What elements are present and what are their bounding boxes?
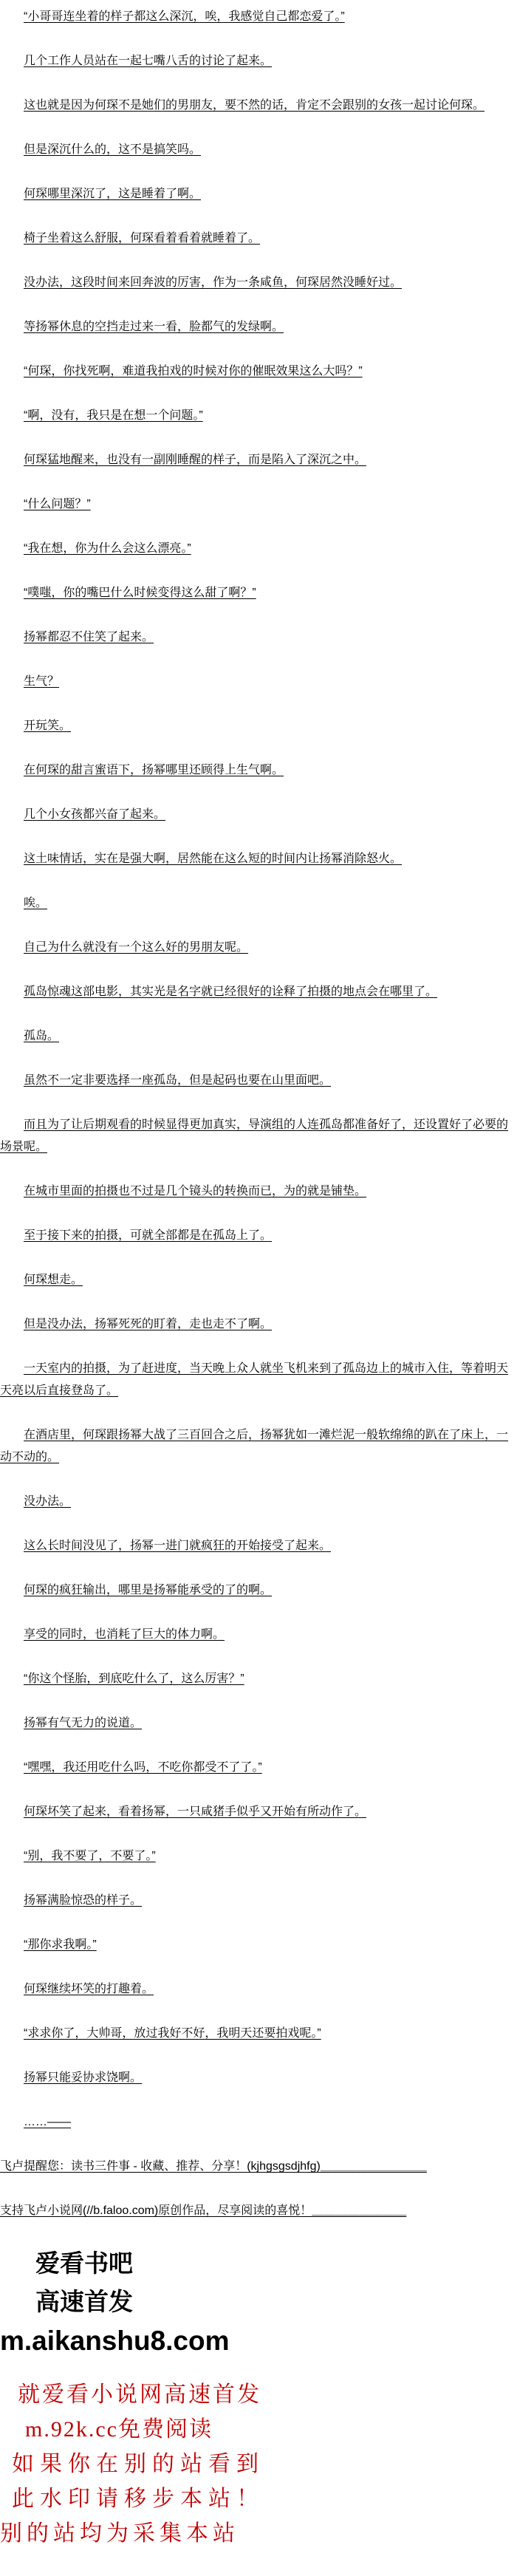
novel-paragraph: 没办法。 xyxy=(0,1491,517,1513)
novel-paragraph: “那你求我啊。” xyxy=(0,1934,517,1956)
novel-paragraph: 这也就是因为何琛不是她们的男朋友，要不然的话，肯定不会跟别的女孩一起讨论何琛。 xyxy=(0,95,517,117)
novel-paragraph: “小哥哥连坐着的样子都这么深沉，唉，我感觉自己都恋爱了。” xyxy=(0,6,517,28)
novel-paragraph: 享受的同时，也消耗了巨大的体力啊。 xyxy=(0,1624,517,1646)
novel-paragraph: 但是深沉什么的，这不是搞笑吗。 xyxy=(0,139,517,161)
novel-paragraph: 何琛坏笑了起来，看着扬幂，一只咸猪手似乎又开始有所动作了。 xyxy=(0,1801,517,1823)
promo-line-2: 高速首发 xyxy=(35,2283,517,2321)
novel-reader-page: “小哥哥连坐着的样子都这么深沉，唉，我感觉自己都恋爱了。”几个工作人员站在一起七… xyxy=(0,0,517,2551)
novel-paragraph: “什么问题？” xyxy=(0,493,517,516)
promo-block: 爱看书吧 高速首发 m.aikanshu8.com xyxy=(0,2244,517,2361)
novel-paragraph: 何琛想走。 xyxy=(0,1269,517,1291)
novel-paragraph: “嘿嘿，我还用吃什么吗，不吃你都受不了了。” xyxy=(0,1757,517,1779)
novel-paragraph: “何琛，你找死啊，难道我拍戏的时候对你的催眠效果这么大吗？” xyxy=(0,361,517,383)
watermark-line-3: 如果你在别的站看到 xyxy=(12,2447,517,2481)
watermark-site-url: m.92k.cc免费阅读 xyxy=(25,2412,517,2447)
novel-paragraph: “噗嗤，你的嘴巴什么时候变得这么甜了啊？” xyxy=(0,582,517,604)
novel-paragraph: 何琛哪里深沉了，这是睡着了啊。 xyxy=(0,183,517,205)
novel-paragraph: 至于接下来的拍摄，可就全部都是在孤岛上了。 xyxy=(0,1225,517,1247)
novel-paragraph: 几个工作人员站在一起七嘴八舌的讨论了起来。 xyxy=(0,50,517,72)
novel-paragraph: 支持飞卢小说网(//b.faloo.com)原创作品，尽享阅读的喜悦！＿＿＿＿＿… xyxy=(0,2200,517,2222)
novel-paragraph: ……—— xyxy=(0,2111,517,2133)
novel-paragraph: 等扬幂休息的空挡走过来一看，脸都气的发绿啊。 xyxy=(0,316,517,338)
novel-paragraph: “你这个怪胎，到底吃什么了，这么厉害？” xyxy=(0,1668,517,1690)
novel-paragraph: “我在想，你为什么会这么漂亮。” xyxy=(0,538,517,560)
novel-paragraph: 开玩笑。 xyxy=(0,715,517,737)
novel-paragraph: 何琛的疯狂输出，哪里是扬幂能承受的了的啊。 xyxy=(0,1579,517,1602)
novel-paragraph: 生气？ xyxy=(0,671,517,693)
novel-paragraph: 飞卢提醒您：读书三件事 - 收藏、推荐、分享！(kjhgsgsdjhfg)＿＿＿… xyxy=(0,2156,517,2178)
novel-paragraph: 而且为了让后期观看的时候显得更加真实，导演组的人连孤岛都准备好了，还设置好了必要… xyxy=(0,1114,517,1158)
novel-paragraph: 几个小女孩都兴奋了起来。 xyxy=(0,804,517,826)
watermark-line-1: 就爱看小说网高速首发 xyxy=(18,2377,517,2412)
novel-paragraph: 扬幂都忍不住笑了起来。 xyxy=(0,626,517,649)
novel-paragraph: 扬幂满脸惊恐的样子。 xyxy=(0,1890,517,1912)
novel-paragraph: 虽然不一定非要选择一座孤岛，但是起码也要在山里面吧。 xyxy=(0,1070,517,1092)
novel-paragraph: 椅子坐着这么舒服，何琛看着看着就睡着了。 xyxy=(0,228,517,250)
novel-paragraph: 自己为什么就没有一个这么好的男朋友呢。 xyxy=(0,937,517,959)
novel-paragraph: 在何琛的甜言蜜语下，扬幂哪里还顾得上生气啊。 xyxy=(0,759,517,782)
novel-text-body: “小哥哥连坐着的样子都这么深沉，唉，我感觉自己都恋爱了。”几个工作人员站在一起七… xyxy=(0,0,517,2222)
novel-paragraph: 扬幂有气无力的说道。 xyxy=(0,1712,517,1735)
novel-paragraph: “啊，没有，我只是在想一个问题。” xyxy=(0,405,517,427)
novel-paragraph: “别，我不要了，不要了。” xyxy=(0,1845,517,1868)
novel-paragraph: 扬幂只能妥协求饶啊。 xyxy=(0,2067,517,2089)
novel-paragraph: 一天室内的拍摄，为了赶进度，当天晚上众人就坐飞机来到了孤岛边上的城市入住，等着明… xyxy=(0,1358,517,1402)
novel-paragraph: 这土味情话，实在是强大啊，居然能在这么短的时间内让扬幂消除怒火。 xyxy=(0,848,517,870)
novel-paragraph: 何琛继续坏笑的打趣着。 xyxy=(0,1978,517,2001)
watermark-line-4: 此水印请移步本站！ xyxy=(12,2481,517,2516)
novel-paragraph: 没办法，这段时间来回奔波的厉害，作为一条咸鱼，何琛居然没睡好过。 xyxy=(0,272,517,294)
novel-paragraph: 在酒店里，何琛跟扬幂大战了三百回合之后，扬幂犹如一滩烂泥一般软绵绵的趴在了床上，… xyxy=(0,1424,517,1469)
novel-paragraph: 孤岛。 xyxy=(0,1025,517,1048)
promo-line-1: 爱看书吧 xyxy=(35,2244,517,2283)
promo-site-url: m.aikanshu8.com xyxy=(0,2321,517,2361)
novel-paragraph: 唉。 xyxy=(0,892,517,915)
novel-paragraph: 何琛猛地醒来，也没有一副刚睡醒的样子，而是陷入了深沉之中。 xyxy=(0,449,517,471)
novel-paragraph: 但是没办法，扬幂死死的盯着，走也走不了啊。 xyxy=(0,1313,517,1336)
novel-paragraph: “求求你了，大帅哥，放过我好不好，我明天还要拍戏呢。” xyxy=(0,2023,517,2045)
novel-paragraph: 这么长时间没见了，扬幂一进门就疯狂的开始接受了起来。 xyxy=(0,1535,517,1557)
novel-paragraph: 在城市里面的拍摄也不过是几个镜头的转换而已，为的就是铺垫。 xyxy=(0,1181,517,1203)
novel-paragraph: 孤岛惊魂这部电影，其实光是名字就已经很好的诠释了拍摄的地点会在哪里了。 xyxy=(0,981,517,1003)
watermark-block: 就爱看小说网高速首发 m.92k.cc免费阅读 如果你在别的站看到 此水印请移步… xyxy=(0,2377,517,2551)
watermark-line-5: 别的站均为采集本站 xyxy=(0,2516,517,2551)
